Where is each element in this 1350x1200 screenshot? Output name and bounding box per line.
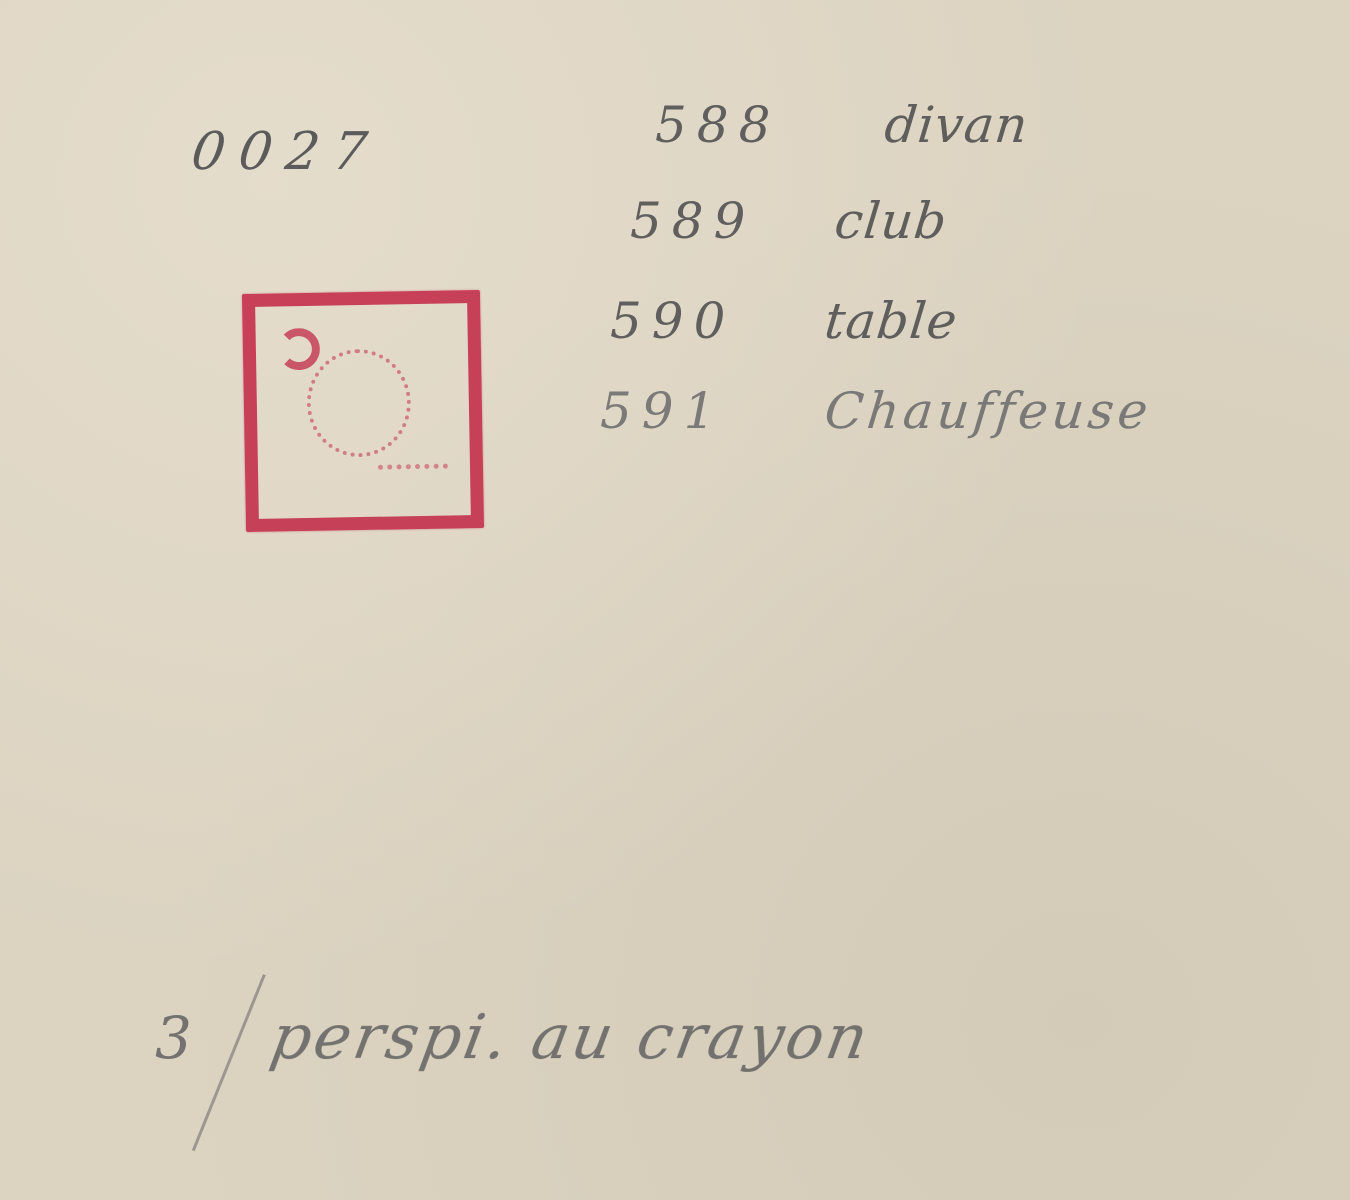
- inventory-number: 588: [655, 96, 885, 154]
- inventory-number: 590: [610, 292, 825, 350]
- inventory-item: 591 Chauffeuse: [600, 382, 1152, 440]
- inventory-label: divan: [882, 96, 1031, 154]
- inventory-label: club: [832, 192, 950, 250]
- annotation-text: perspi. au crayon: [265, 1000, 876, 1073]
- reference-number: 0027: [188, 122, 385, 182]
- inventory-item: 589 club: [630, 192, 947, 250]
- stamp-crescent-icon: [278, 328, 321, 371]
- document-sheet: 0027 588 divan 589 club 590 table 591 Ch…: [0, 0, 1350, 1200]
- annotation-slash-stroke: [192, 974, 266, 1151]
- inventory-number: 589: [630, 192, 835, 250]
- inventory-item: 590 table: [610, 292, 958, 350]
- inventory-label: Chauffeuse: [822, 382, 1155, 440]
- bottom-annotation: 3 perspi. au crayon: [155, 1000, 870, 1073]
- inventory-item: 588 divan: [655, 96, 1028, 154]
- inventory-label: table: [822, 292, 961, 350]
- red-collection-stamp: [242, 290, 484, 532]
- inventory-number: 591: [600, 382, 825, 440]
- stamp-seal-icon: [306, 348, 412, 458]
- stamp-dots: [378, 464, 448, 484]
- annotation-count: 3: [155, 1004, 192, 1072]
